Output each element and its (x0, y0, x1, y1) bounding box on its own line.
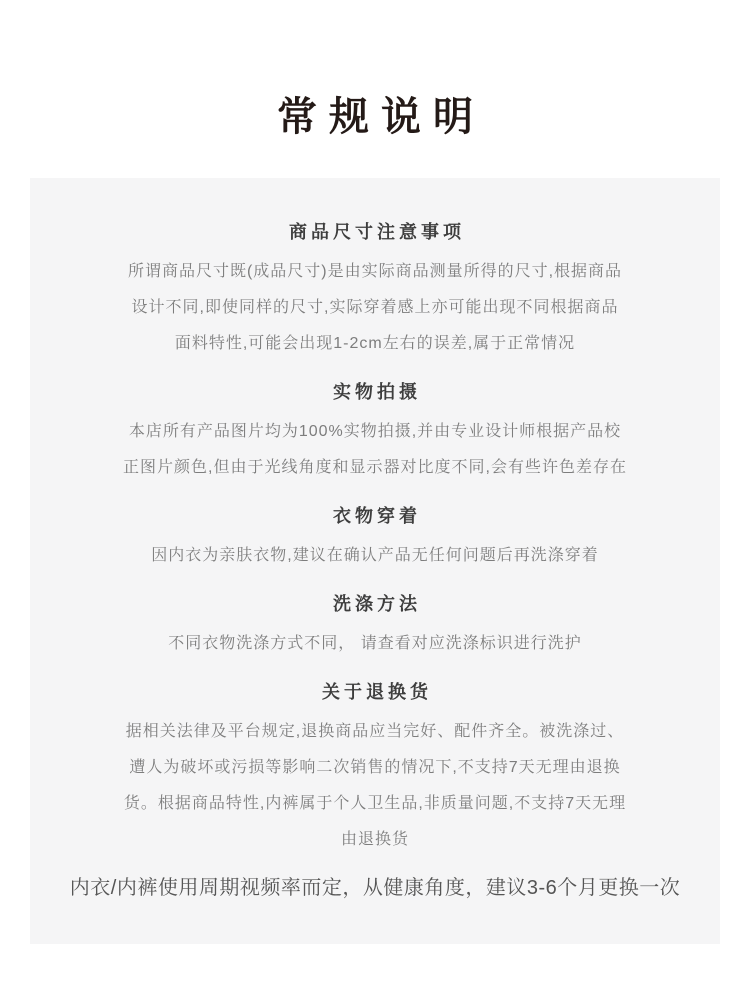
section-garment-wearing-heading: 衣物穿着 (60, 498, 690, 534)
replacement-advice-note: 内衣/内裤使用周期视频率而定，从健康角度，建议3-6个月更换一次 (60, 872, 690, 904)
section-returns-policy: 关于退换货 据相关法律及平台规定,退换商品应当完好、配件齐全。被洗涤过、 遭人为… (60, 674, 690, 858)
general-instructions-panel: 商品尺寸注意事项 所谓商品尺寸既(成品尺寸)是由实际商品测量所得的尺寸,根据商品… (30, 178, 720, 944)
page-title: 常规说明 (0, 0, 750, 140)
section-garment-wearing-body: 因内衣为亲肤衣物,建议在确认产品无任何问题后再洗涤穿着 (60, 538, 690, 574)
section-size-notice-heading: 商品尺寸注意事项 (60, 214, 690, 250)
section-real-photos-body: 本店所有产品图片均为100%实物拍摄,并由专业设计师根据产品校 正图片颜色,但由… (60, 414, 690, 486)
section-real-photos-heading: 实物拍摄 (60, 374, 690, 410)
section-washing-method-heading: 洗涤方法 (60, 586, 690, 622)
section-washing-method: 洗涤方法 不同衣物洗涤方式不同， 请查看对应洗涤标识进行洗护 (60, 586, 690, 662)
section-size-notice: 商品尺寸注意事项 所谓商品尺寸既(成品尺寸)是由实际商品测量所得的尺寸,根据商品… (60, 214, 690, 362)
section-returns-policy-heading: 关于退换货 (60, 674, 690, 710)
section-washing-method-body: 不同衣物洗涤方式不同， 请查看对应洗涤标识进行洗护 (60, 626, 690, 662)
section-returns-policy-body: 据相关法律及平台规定,退换商品应当完好、配件齐全。被洗涤过、 遭人为破坏或污损等… (60, 714, 690, 858)
section-real-photos: 实物拍摄 本店所有产品图片均为100%实物拍摄,并由专业设计师根据产品校 正图片… (60, 374, 690, 486)
section-size-notice-body: 所谓商品尺寸既(成品尺寸)是由实际商品测量所得的尺寸,根据商品 设计不同,即使同… (60, 254, 690, 362)
section-garment-wearing: 衣物穿着 因内衣为亲肤衣物,建议在确认产品无任何问题后再洗涤穿着 (60, 498, 690, 574)
